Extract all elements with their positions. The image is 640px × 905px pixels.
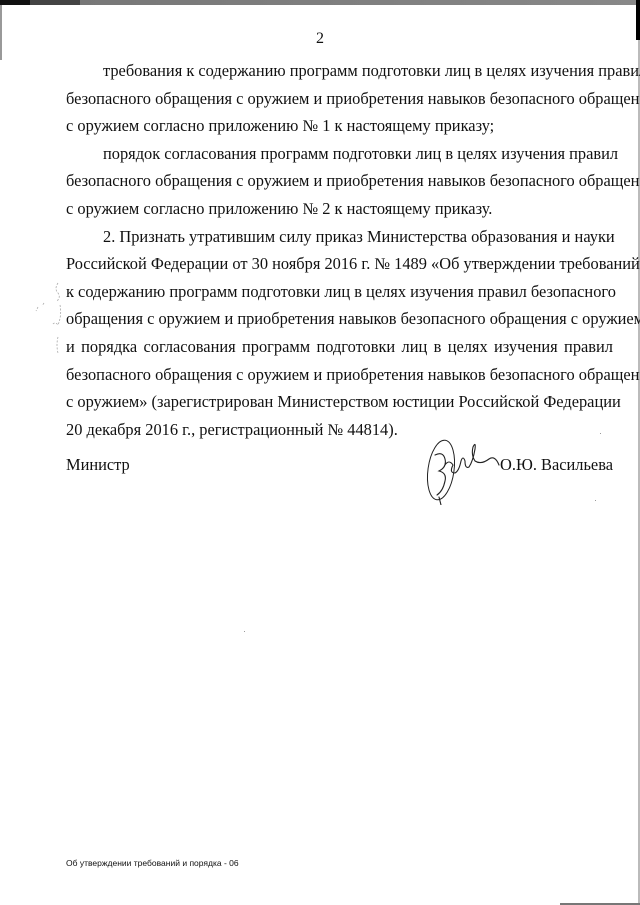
text-line: безопасного обращения с оружием и приобр…: [66, 85, 613, 113]
signer-name: О.Ю. Васильева: [500, 455, 613, 475]
scan-speck: [244, 631, 245, 632]
text-line: требования к содержанию программ подгото…: [66, 57, 613, 85]
signer-title: Министр: [66, 455, 130, 475]
paragraph-clause-2: 2. Признать утратившим силу приказ Минис…: [66, 223, 613, 444]
text-line: Российской Федерации от 30 ноября 2016 г…: [66, 250, 613, 278]
text-line: 2. Признать утратившим силу приказ Минис…: [66, 223, 613, 251]
paragraph-requirements: требования к содержанию программ подгото…: [66, 57, 613, 140]
paragraph-procedure: порядок согласования программ подготовки…: [66, 140, 613, 223]
text-line: 20 декабря 2016 г., регистрационный № 44…: [66, 416, 613, 444]
signature-block: Министр О.Ю. Васильева: [66, 455, 613, 485]
scan-edge-top: [0, 0, 640, 5]
text-line: порядок согласования программ подготовки…: [66, 140, 613, 168]
text-line: обращения с оружием и приобретения навык…: [66, 305, 613, 333]
scan-speck: [600, 433, 601, 434]
page-number: 2: [0, 30, 640, 48]
handwritten-signature-icon: [421, 425, 511, 505]
margin-pencil-mark-icon: [30, 275, 70, 375]
text-line: с оружием согласно приложению № 2 к наст…: [66, 195, 613, 223]
document-body: требования к содержанию программ подгото…: [66, 57, 613, 443]
text-line: к содержанию программ подготовки лиц в ц…: [66, 278, 613, 306]
text-line: безопасного обращения с оружием и приобр…: [66, 361, 613, 389]
text-line: и порядка согласования программ подготов…: [66, 333, 613, 361]
text-line: безопасного обращения с оружием и приобр…: [66, 167, 613, 195]
text-line: с оружием согласно приложению № 1 к наст…: [66, 112, 613, 140]
text-line: с оружием» (зарегистрирован Министерство…: [66, 388, 613, 416]
footer-document-code: Об утверждении требований и порядка - 06: [66, 858, 239, 868]
scan-speck: [595, 500, 596, 501]
